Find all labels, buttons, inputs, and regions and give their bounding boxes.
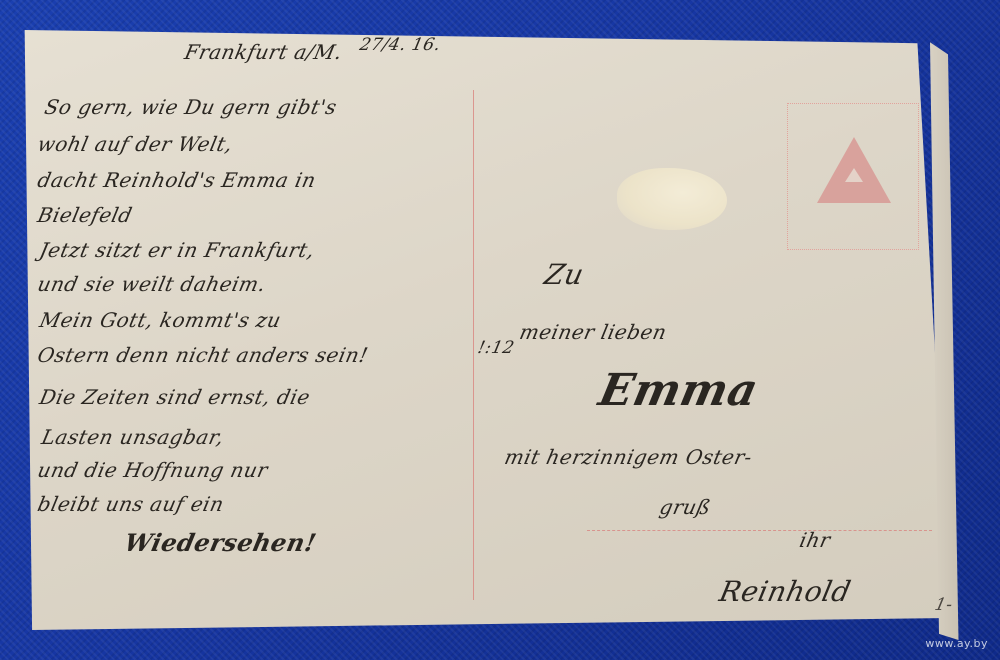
glue-residue <box>617 168 727 230</box>
message-line: und die Hoffnung nur <box>35 458 270 482</box>
center-divider-line <box>473 90 474 600</box>
signature: Reinhold <box>716 575 853 608</box>
message-line: und sie weilt daheim. <box>35 272 268 296</box>
address-line-1: Zu <box>541 258 587 291</box>
message-line: Jetzt sitzt er in Frankfurt, <box>37 238 317 262</box>
watermark: www.ay.by <box>925 637 988 650</box>
message-line: Die Zeiten sind ernst, die <box>37 385 312 409</box>
margin-mark: !:12 <box>476 338 516 358</box>
header-place: Frankfurt a/M. <box>182 40 344 64</box>
message-line: So gern, wie Du gern gibt's <box>42 95 339 119</box>
header-date: 27/4. 16. <box>358 35 443 55</box>
message-line: Mein Gott, kommt's zu <box>37 308 283 332</box>
message-closing: Wiedersehen! <box>122 528 319 557</box>
triangle-stamp-inner <box>845 168 863 182</box>
message-line: Ostern denn nicht anders sein! <box>35 343 370 367</box>
message-line: wohl auf der Welt, <box>35 132 235 156</box>
message-line: Bielefeld <box>35 203 134 227</box>
message-line: Lasten unsagbar, <box>39 425 226 449</box>
address-line <box>587 530 932 532</box>
recipient-name: Emma <box>595 365 763 416</box>
address-line-5: ihr <box>797 528 832 552</box>
address-line-2: meiner lieben <box>517 320 669 344</box>
address-line-4: gruß <box>657 495 713 519</box>
address-line-3: mit herzinnigem Oster- <box>502 445 754 469</box>
message-line: bleibt uns auf ein <box>35 492 226 516</box>
message-line: dacht Reinhold's Emma in <box>35 168 318 192</box>
